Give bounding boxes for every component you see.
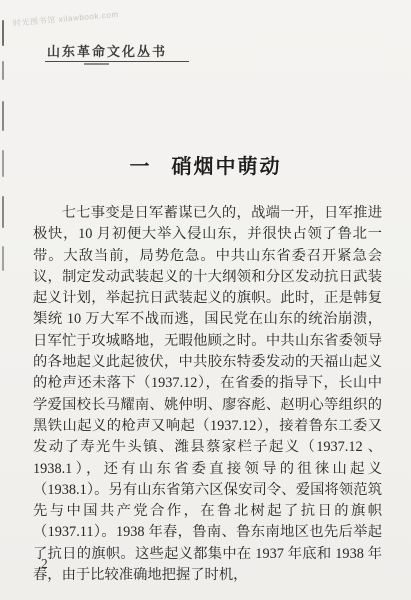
scan-edge-mark <box>2 101 4 131</box>
book-page: 时光图书馆 xilawbook.com 山东革命文化丛书 一硝烟中萌动 七七事变… <box>0 0 411 600</box>
header-rule-mark <box>84 63 109 65</box>
scan-edge-mark <box>2 61 4 80</box>
series-title: 山东革命文化丛书 <box>47 41 167 60</box>
scan-edge-mark <box>2 246 4 271</box>
body-text-block: 七七事变是日军蓄谋已久的，战端一开，日军推进极快，10 月初便大举入侵山东，并很… <box>33 203 382 586</box>
body-paragraph: 七七事变是日军蓄谋已久的，战端一开，日军推进极快，10 月初便大举入侵山东，并很… <box>33 203 382 586</box>
chapter-title: 一硝烟中萌动 <box>0 150 411 179</box>
header-rule <box>45 61 189 62</box>
scan-edge-mark <box>2 196 4 228</box>
watermark-text: 时光图书馆 xilawbook.com <box>13 9 120 29</box>
scan-edge-mark <box>2 20 4 46</box>
chapter-number: 一 <box>130 156 152 178</box>
page-number: 2 <box>41 556 48 572</box>
chapter-title-text: 硝烟中萌动 <box>172 156 282 178</box>
